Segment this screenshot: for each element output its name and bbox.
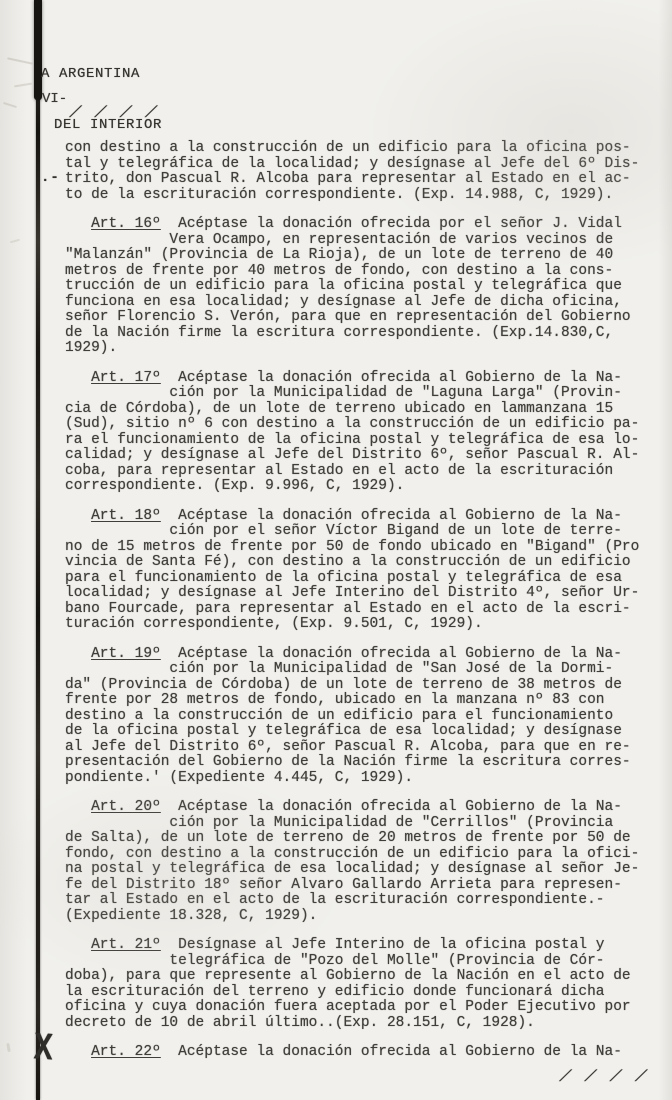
article-label: Art. 20º [91, 799, 161, 815]
article-paragraph: Art. 19º Acéptase la donación ofrecida a… [65, 647, 665, 787]
text-line: oficina y cuya donación fuera aceptada p… [65, 1000, 665, 1016]
text-line: Art. 16º Acéptase la donación ofrecida p… [65, 217, 665, 233]
text-line: localidad; y desígnase al Jefe Interino … [65, 586, 665, 602]
text-line: ción por la Municipalidad de "San José d… [65, 662, 665, 678]
text-line: fondo, con destino a la construcción de … [65, 847, 665, 863]
text-line: Art. 18º Acéptase la donación ofrecida a… [65, 509, 665, 525]
text-line: calidad; y desígnase al Jefe del Distrit… [65, 448, 665, 464]
article-label: Art. 18º [91, 508, 161, 524]
pencil-smudge [3, 102, 17, 108]
pencil-smudge [6, 1043, 11, 1052]
text-line: de Salta), de un lote de terreno de 20 m… [65, 831, 665, 847]
text-line: turación correspondiente, (Exp. 9.501, C… [65, 617, 665, 633]
text-line: ra el funcionamiento de la oficina posta… [65, 433, 665, 449]
text-line: frente por 28 metros de fondo, ubicado e… [65, 693, 665, 709]
text-line: ción por la Municipalidad de "Laguna Lar… [65, 386, 665, 402]
text-line: 1929). [65, 341, 665, 357]
pencil-smudge [14, 83, 32, 88]
text-line: para el funcionamiento de la oficina pos… [65, 571, 665, 587]
article-paragraph: Art. 21º Desígnase al Jefe Interino de l… [65, 938, 665, 1031]
pencil-smudge [7, 57, 33, 64]
article-paragraph: Art. 18º Acéptase la donación ofrecida a… [65, 509, 665, 633]
text-line: señor Florencio S. Verón, para que en re… [65, 310, 665, 326]
text-line: al Jefe del Distrito 6º, señor Pascual R… [65, 740, 665, 756]
article-paragraph: con destino a la construcción de un edif… [65, 141, 665, 203]
article-paragraph: Art. 20º Acéptase la donación ofrecida a… [65, 800, 665, 924]
text-line: trucción de un edificio para la oficina … [65, 279, 665, 295]
continuation-slashes-top: / / / / [67, 104, 160, 122]
scanned-document-page: A ARGENTINA DEL INTERIOR .- VI- / / / / … [0, 0, 672, 1100]
article-label: Art. 21º [91, 937, 161, 953]
text-line: Art. 22º Acéptase la donación ofrecida a… [65, 1045, 665, 1061]
continuation-slashes-bottom: / / / / [557, 1068, 650, 1086]
text-line: la escrituración del terreno y edificio … [65, 985, 665, 1001]
text-line: funciona en esa localidad; y desígnase a… [65, 295, 665, 311]
text-line: cia de Córdoba), de un lote de terreno u… [65, 402, 665, 418]
text-line: correspondiente. (Exp. 9.996, C, 1929). [65, 479, 665, 495]
binding-edge [36, 0, 40, 1100]
text-line: to de la escrituración correspondiente. … [65, 188, 665, 204]
article-paragraph: Art. 16º Acéptase la donación ofrecida p… [65, 217, 665, 357]
text-line: Art. 21º Desígnase al Jefe Interino de l… [65, 938, 665, 954]
text-line: vincia de Santa Fé), con destino a la co… [65, 555, 665, 571]
text-line: con destino a la construcción de un edif… [65, 141, 665, 157]
text-line: coba, para representar al Estado en el a… [65, 464, 665, 480]
article-label: Art. 19º [91, 646, 161, 662]
text-line: da" (Provincia de Córdoba) de un lote de… [65, 678, 665, 694]
page-marker: VI- [42, 91, 67, 107]
text-line: ción por el señor Víctor Bigand de un lo… [65, 524, 665, 540]
text-line: Art. 17º Acéptase la donación ofrecida a… [65, 371, 665, 387]
text-line: decreto de 10 de abril último..(Exp. 28.… [65, 1016, 665, 1032]
article-paragraph: Art. 22º Acéptase la donación ofrecida a… [65, 1045, 665, 1061]
text-line: (Expediente 18.328, C, 1929). [65, 909, 665, 925]
text-line: metros de frente por 40 metros de fondo,… [65, 264, 665, 280]
text-line: doba), para que represente al Gobierno d… [65, 969, 665, 985]
text-line: telegráfica de "Pozo del Molle" (Provinc… [65, 954, 665, 970]
text-line: (Sud), sitio nº 6 con destino a la const… [65, 417, 665, 433]
article-paragraph: Art. 17º Acéptase la donación ofrecida a… [65, 371, 665, 495]
article-label: Art. 22º [91, 1044, 161, 1060]
text-line: destino a la construcción de un edificio… [65, 709, 665, 725]
letterhead-line-1: A ARGENTINA [41, 66, 162, 83]
text-line: tal y telegráfica de la localidad; y des… [65, 157, 665, 173]
text-line: no de 15 metros de frente por 50 de fond… [65, 540, 665, 556]
pencil-smudge [10, 239, 20, 244]
text-line: bano Fourcade, para representar al Estad… [65, 602, 665, 618]
text-line: fe del Distrito 18º señor Alvaro Gallard… [65, 878, 665, 894]
text-line: na postal y telegráfica de esa localidad… [65, 862, 665, 878]
text-line: presentación del Gobierno de la Nación f… [65, 755, 665, 771]
text-line: tar al Estado en el acto de la escritura… [65, 893, 665, 909]
handwritten-x-mark: X [33, 1027, 53, 1072]
text-line: trito, don Pascual R. Alcoba para repres… [65, 172, 665, 188]
article-label: Art. 17º [91, 370, 161, 386]
text-line: pondiente.' (Expediente 4.445, C, 1929). [65, 771, 665, 787]
text-line: "Malanzán" (Provincia de La Rioja), de u… [65, 248, 665, 264]
document-body: con destino a la construcción de un edif… [65, 141, 665, 1061]
text-line: Art. 19º Acéptase la donación ofrecida a… [65, 647, 665, 663]
text-line: de la oficina postal y telegráfica de es… [65, 724, 665, 740]
article-label: Art. 16º [91, 216, 161, 232]
text-line: ción por la Municipalidad de "Cerrillos"… [65, 816, 665, 832]
text-line: Art. 20º Acéptase la donación ofrecida a… [65, 800, 665, 816]
text-line: Vera Ocampo, en representación de varios… [65, 233, 665, 249]
text-line: de la Nación firme la escritura correspo… [65, 326, 665, 342]
